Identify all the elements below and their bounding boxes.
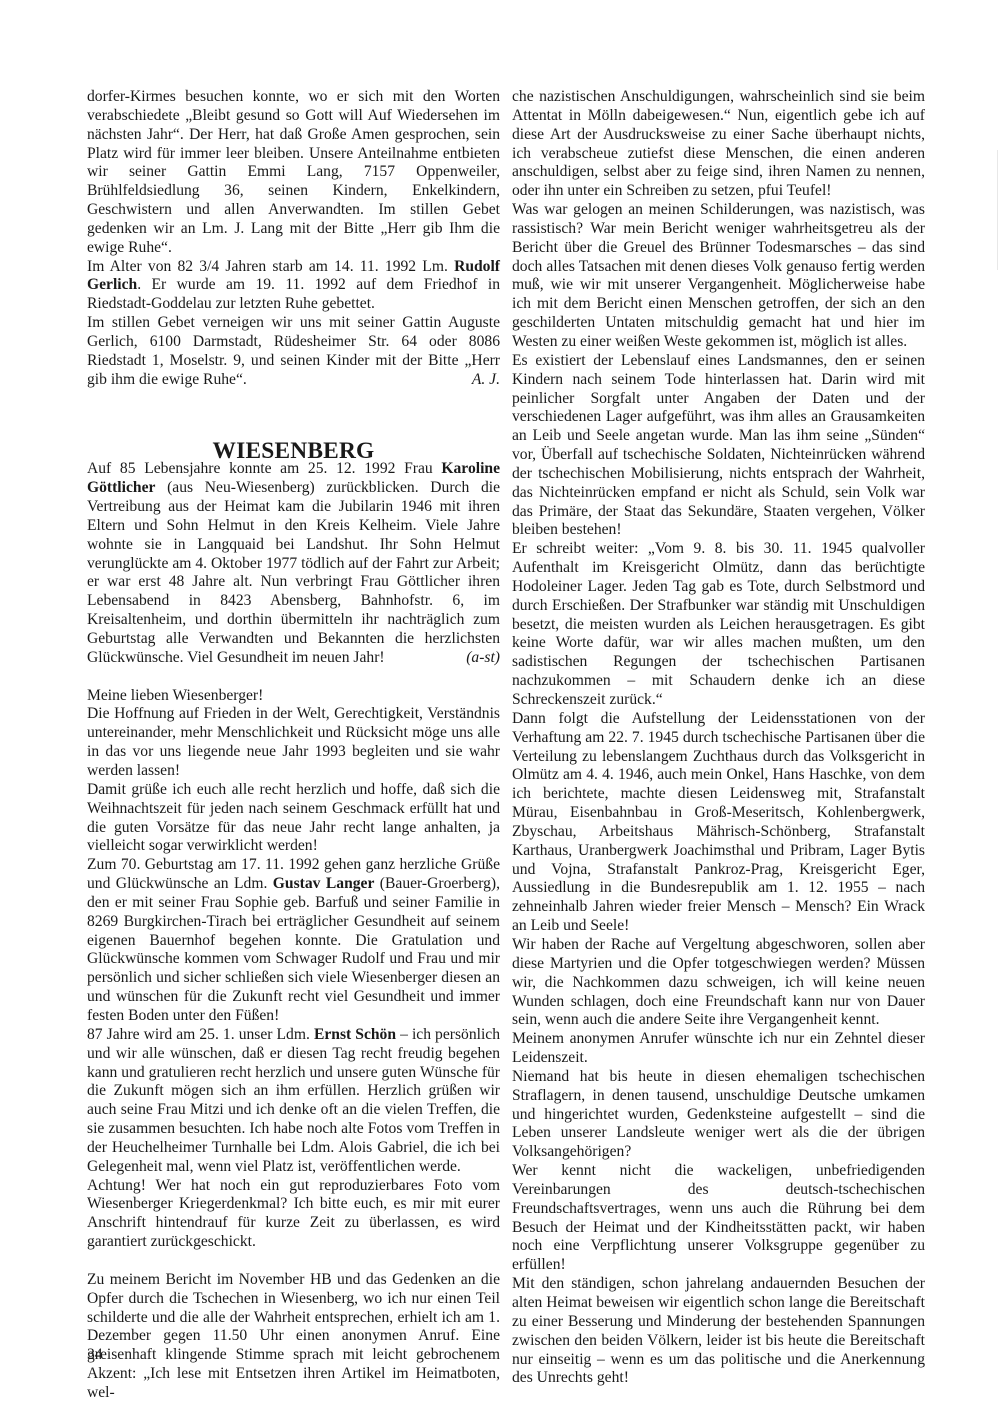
stations-paragraph: Dann folgt die Aufstellung der Leidensst… xyxy=(512,710,925,936)
call-continued-paragraph: che nazistischen Anschuldigungen, wahrsc… xyxy=(512,88,925,201)
langer-rest: (Bauer-Groerberg), den er mit seiner Fra… xyxy=(87,875,500,1024)
no-memorial-paragraph: Niemand hat bis heute in diesen ehemalig… xyxy=(512,1068,925,1162)
right-column: che nazistischen Anschuldigungen, wahrsc… xyxy=(512,88,925,1388)
photo-request-paragraph: Achtung! Wer hat noch ein gut reproduzie… xyxy=(87,1177,500,1252)
author-signature: A. J. xyxy=(472,371,500,390)
goettlicher-intro: Auf 85 Lebensjahre konnte am 25. 12. 199… xyxy=(87,460,441,477)
schoen-rest: – ich persönlich und wir alle wünschen, … xyxy=(87,1026,500,1175)
birthday-goettlicher-paragraph: Auf 85 Lebensjahre konnte am 25. 12. 199… xyxy=(87,460,500,667)
obituary-gerlich-intro: Im Alter von 82 3/4 Jahren starb am 14. … xyxy=(87,258,454,275)
question-paragraph: Was war gelogen an meinen Schilderungen,… xyxy=(512,201,925,352)
birthday-langer-paragraph: Zum 70. Geburtstag am 17. 11. 1992 gehen… xyxy=(87,856,500,1026)
obituary-lang-paragraph: dorfer-Kirmes besuchen konnte, wo er sic… xyxy=(87,88,500,258)
revenge-paragraph: Wir haben der Rache auf Vergeltung abges… xyxy=(512,936,925,1030)
treaty-paragraph: Wer kennt nicht die wackeligen, unbefrie… xyxy=(512,1162,925,1275)
gerlich-prayer-text: Im stillen Gebet verneigen wir uns mit s… xyxy=(87,314,500,388)
hope-paragraph: Die Hoffnung auf Frieden in der Welt, Ge… xyxy=(87,705,500,780)
jubilarian-name: Gustav Langer xyxy=(273,875,375,892)
author-signature: (a-st) xyxy=(466,649,500,668)
obituary-gerlich-paragraph: Im Alter von 82 3/4 Jahren starb am 14. … xyxy=(87,258,500,315)
left-column: dorfer-Kirmes besuchen konnte, wo er sic… xyxy=(87,88,500,1403)
closing-paragraph: Mit den ständigen, schon jahrelang andau… xyxy=(512,1275,925,1388)
quote-paragraph: Er schreibt weiter: „Vom 9. 8. bis 30. 1… xyxy=(512,540,925,710)
greeting-line: Meine lieben Wiesenberger! xyxy=(87,687,500,706)
goettlicher-rest: (aus Neu-Wiesenberg) zurückblicken. Durc… xyxy=(87,479,500,666)
scan-artifact xyxy=(997,150,998,270)
schoen-intro: 87 Jahre wird am 25. 1. unser Ldm. xyxy=(87,1026,314,1043)
greetings-paragraph: Damit grüße ich euch alle recht herzlich… xyxy=(87,781,500,856)
gerlich-prayer-paragraph: Im stillen Gebet verneigen wir uns mit s… xyxy=(87,314,500,389)
page-number: 34 xyxy=(87,1346,103,1364)
report-paragraph: Zu meinem Bericht im November HB und das… xyxy=(87,1271,500,1403)
section-heading: WIESENBERG xyxy=(87,442,500,461)
birthday-schoen-paragraph: 87 Jahre wird am 25. 1. unser Ldm. Ernst… xyxy=(87,1026,500,1177)
jubilarian-name: Ernst Schön xyxy=(314,1026,396,1043)
caller-wish-paragraph: Meinem anonymen Anrufer wünschte ich nur… xyxy=(512,1030,925,1068)
obituary-gerlich-rest: . Er wurde am 19. 11. 1992 auf dem Fried… xyxy=(87,276,500,312)
biography-paragraph: Es existiert der Lebenslauf eines Landsm… xyxy=(512,352,925,540)
